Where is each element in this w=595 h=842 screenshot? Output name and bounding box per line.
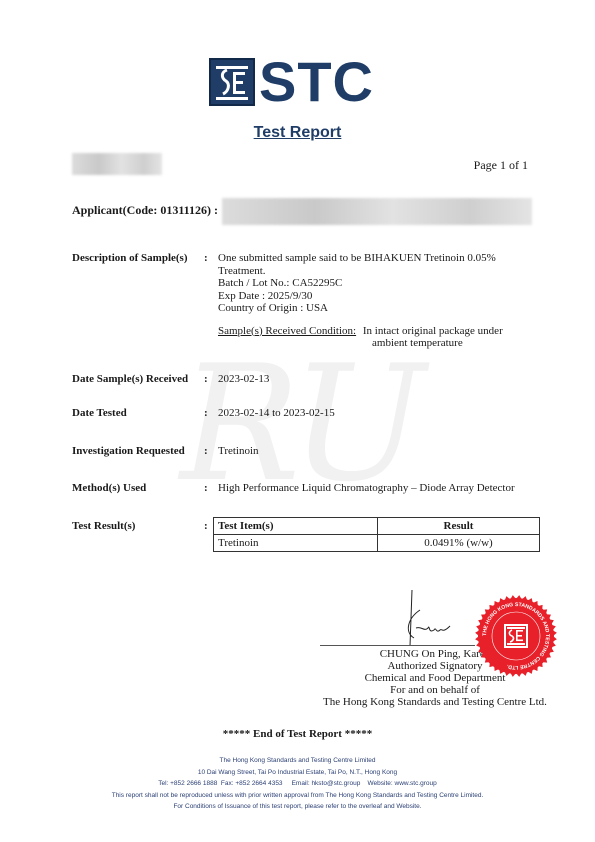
results-table: Test Item(s) Result Tretinoin 0.0491% (w… xyxy=(213,517,540,552)
country-of-origin: Country of Origin : USA xyxy=(218,302,503,315)
colon: : xyxy=(204,445,208,458)
applicant-label: Applicant(Code: 01311126) : xyxy=(72,204,202,217)
description-line: Treatment. xyxy=(218,265,503,278)
redacted-applicant-name xyxy=(222,198,532,225)
footer-conditions: For Conditions of Issuance of this test … xyxy=(0,801,595,813)
date-tested-label: Date Tested xyxy=(72,407,202,420)
title-text: Test Report xyxy=(254,124,342,141)
redacted-report-number xyxy=(72,153,162,175)
footer-company: The Hong Kong Standards and Testing Cent… xyxy=(0,755,595,767)
description-value: One submitted sample said to be BIHAKUEN… xyxy=(218,252,503,350)
footer-address: 10 Dai Wang Street, Tai Po Industrial Es… xyxy=(0,767,595,779)
column-header-result: Result xyxy=(378,518,540,535)
condition-label: Sample(s) Received Condition: xyxy=(218,325,356,337)
investigation-label: Investigation Requested xyxy=(72,445,202,458)
received-condition: Sample(s) Received Condition: In intact … xyxy=(218,325,503,350)
batch-lot: Batch / Lot No.: CA52295C xyxy=(218,277,503,290)
test-item-cell: Tretinoin xyxy=(214,535,378,552)
result-cell: 0.0491% (w/w) xyxy=(378,535,540,552)
investigation-value: Tretinoin xyxy=(218,445,259,458)
date-received-value: 2023-02-13 xyxy=(218,373,269,386)
results-header-row: Test Item(s) Result xyxy=(214,518,540,535)
end-of-report: ***** End of Test Report ***** xyxy=(0,728,595,740)
stc-se-logo-icon xyxy=(209,58,255,106)
footer-contact: Tel: +852 2666 1888 Fax: +852 2664 4353 … xyxy=(0,778,595,790)
colon: : xyxy=(204,482,208,495)
description-line: One submitted sample said to be BIHAKUEN… xyxy=(218,252,503,265)
condition-value: In intact original package under xyxy=(363,325,503,337)
table-row: Tretinoin 0.0491% (w/w) xyxy=(214,535,540,552)
signatory-behalf: For and on behalf of xyxy=(300,684,570,696)
logo-text: STC xyxy=(259,58,374,106)
results-label: Test Result(s) xyxy=(72,520,202,533)
signature-icon xyxy=(398,588,458,648)
page-number: Page 1 of 1 xyxy=(474,158,528,173)
stc-logo: STC xyxy=(209,56,374,108)
colon: : xyxy=(204,520,208,533)
footer-disclaimer: This report shall not be reproduced unle… xyxy=(0,790,595,802)
column-header-test-item: Test Item(s) xyxy=(214,518,378,535)
signature-line xyxy=(320,645,475,646)
date-tested-value: 2023-02-14 to 2023-02-15 xyxy=(218,407,335,420)
exp-date: Exp Date : 2025/9/30 xyxy=(218,290,503,303)
page-title: Test Report xyxy=(0,124,595,142)
footer: The Hong Kong Standards and Testing Cent… xyxy=(0,755,595,813)
method-label: Method(s) Used xyxy=(72,482,202,495)
description-label: Description of Sample(s) xyxy=(72,252,202,265)
condition-value: ambient temperature xyxy=(372,337,503,350)
company-seal-icon: THE HONG KONG STANDARDS AND TESTING CENT… xyxy=(474,594,558,678)
colon: : xyxy=(204,252,208,265)
signatory-company: The Hong Kong Standards and Testing Cent… xyxy=(300,696,570,708)
method-value: High Performance Liquid Chromatography –… xyxy=(218,482,515,495)
test-report-page: RU STC Test Report Page 1 of 1 Applicant… xyxy=(0,0,595,842)
colon: : xyxy=(204,407,208,420)
colon: : xyxy=(204,373,208,386)
date-received-label: Date Sample(s) Received xyxy=(72,373,202,386)
